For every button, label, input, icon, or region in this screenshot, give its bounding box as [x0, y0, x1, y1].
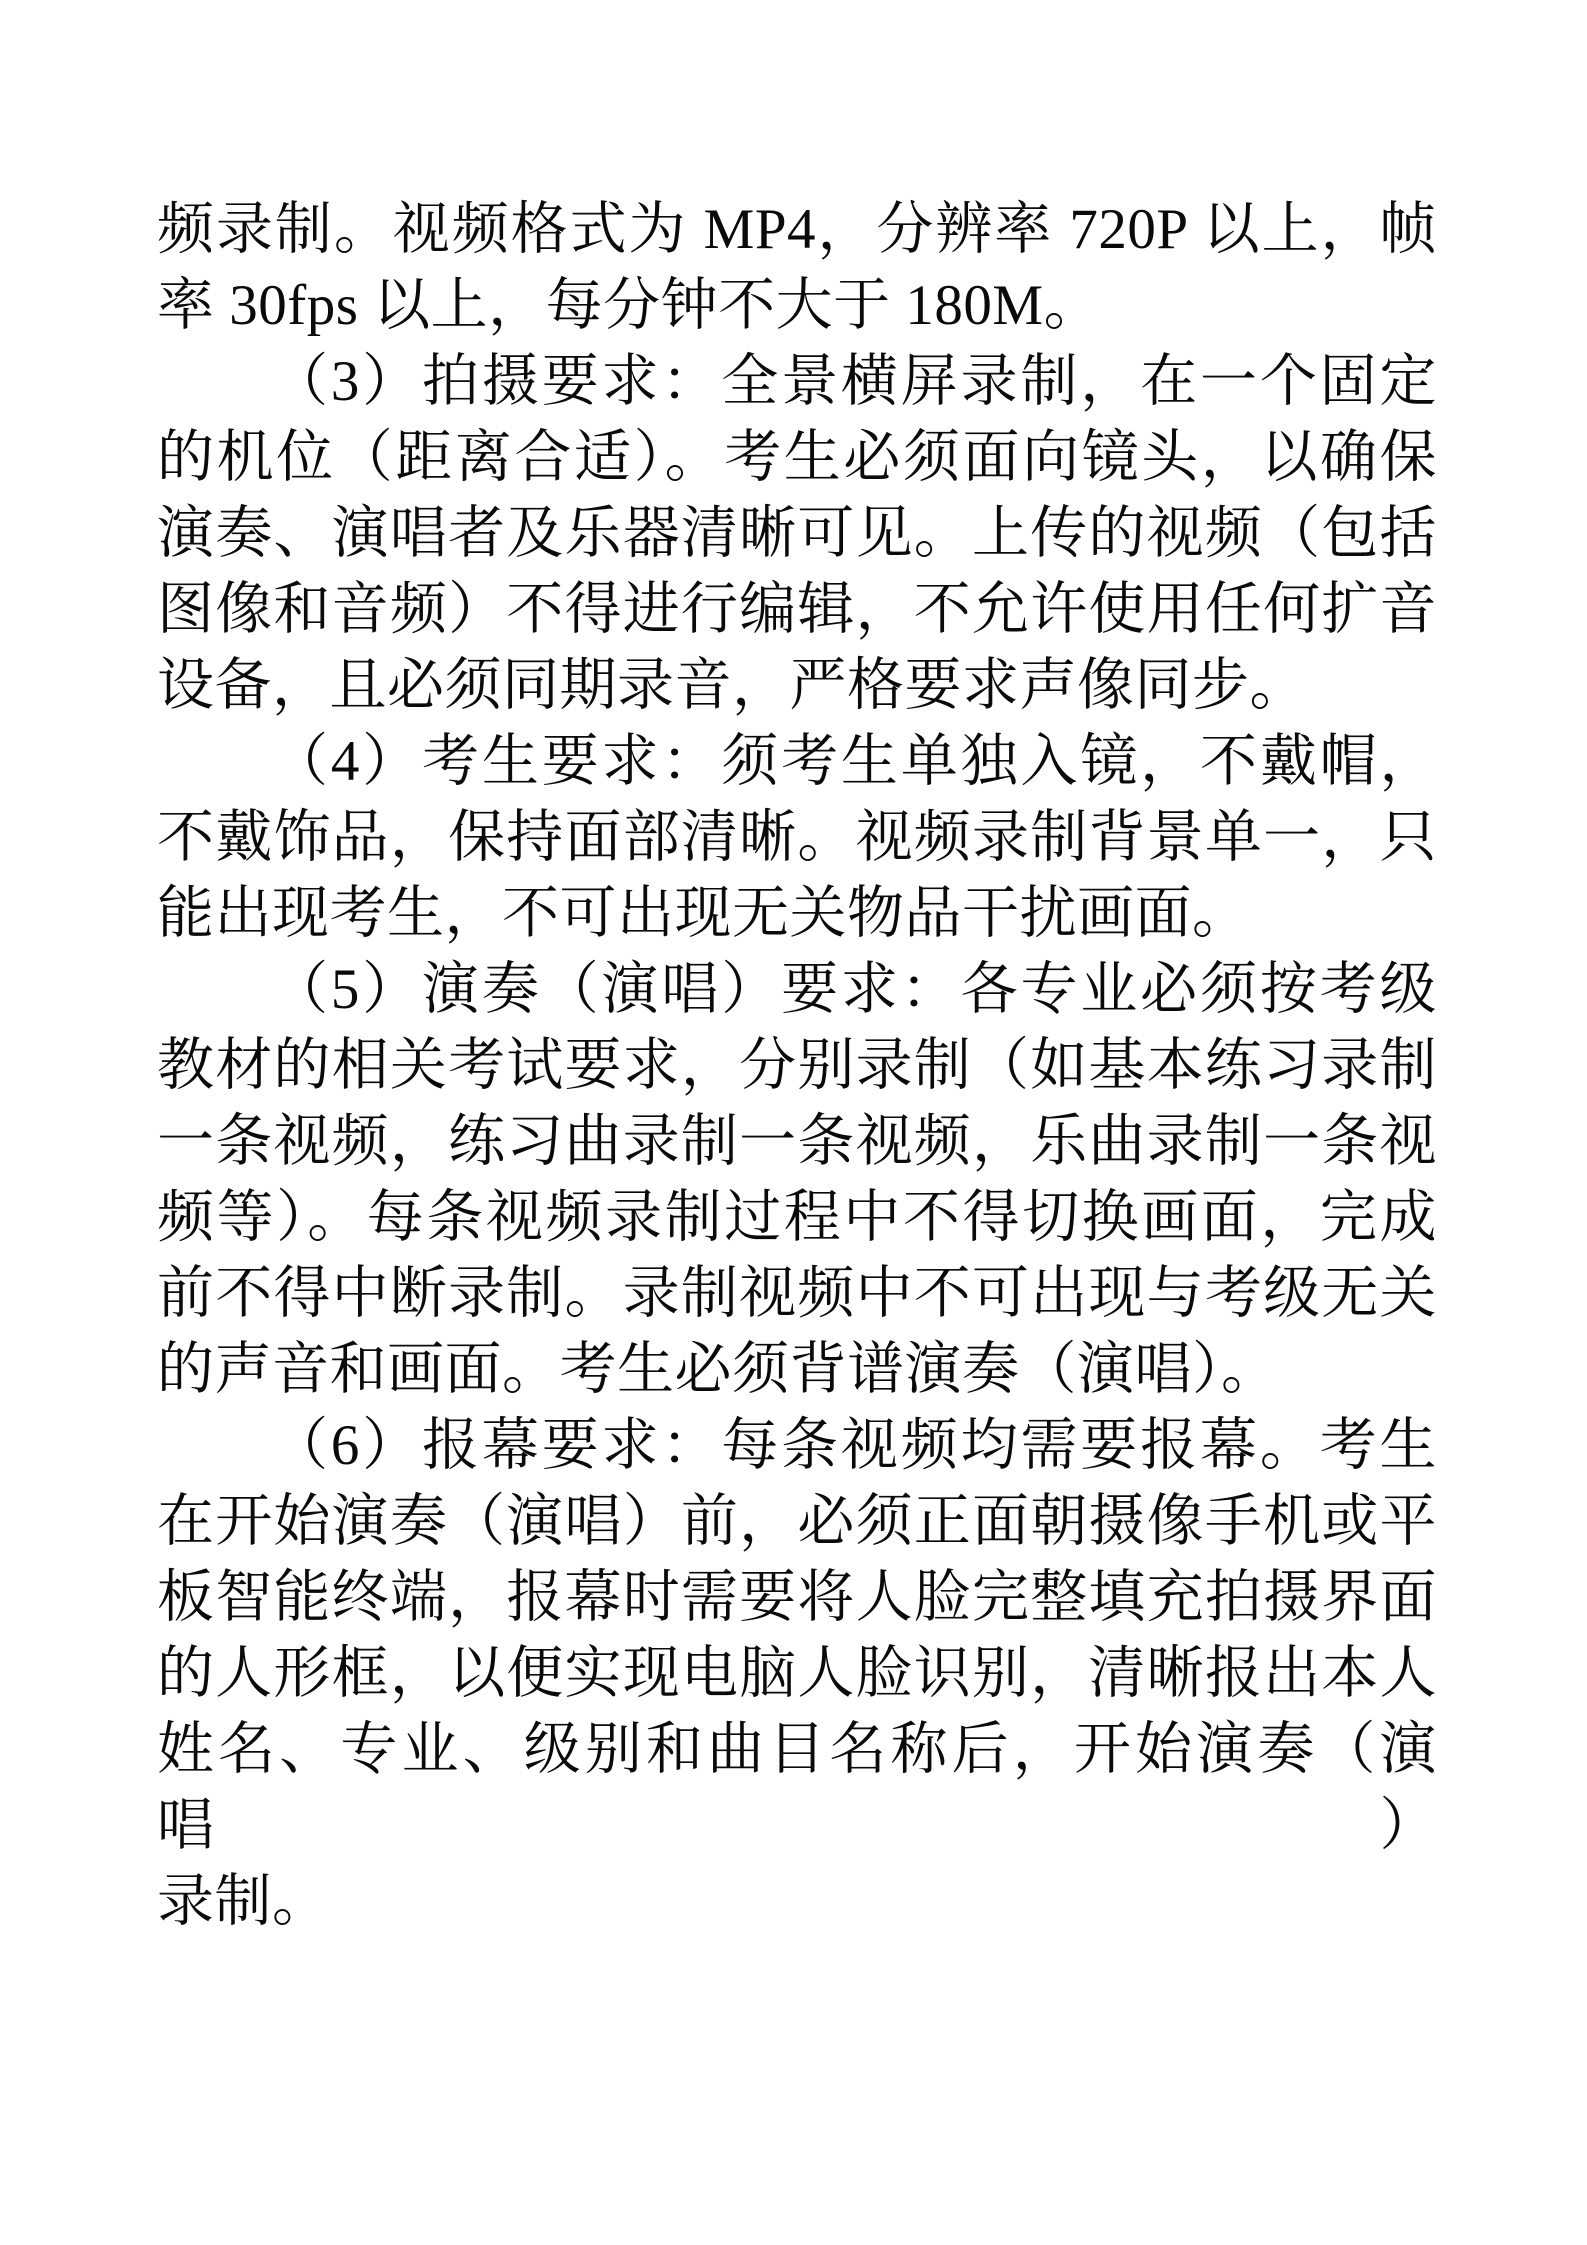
text-line: 在开始演奏（演唱）前，必须正面朝摄像手机或平: [157, 1484, 1437, 1560]
document-text-block: 频录制。视频格式为 MP4，分辨率 720P 以上，帧 率 30fps 以上，每…: [157, 192, 1437, 1940]
text-line: 录制。: [157, 1864, 1437, 1940]
document-page: 频录制。视频格式为 MP4，分辨率 720P 以上，帧 率 30fps 以上，每…: [0, 0, 1587, 2245]
text-line: 的机位（距离合适）。考生必须面向镜头，以确保: [157, 420, 1437, 496]
text-line: （5）演奏（演唱）要求：各专业必须按考级: [157, 952, 1437, 1028]
text-line: 设备，且必须同期录音，严格要求声像同步。: [157, 648, 1437, 724]
text-line: 频录制。视频格式为 MP4，分辨率 720P 以上，帧: [157, 192, 1437, 268]
text-line: 教材的相关考试要求，分别录制（如基本练习录制: [157, 1028, 1437, 1104]
text-line: （6）报幕要求：每条视频均需要报幕。考生: [157, 1408, 1437, 1484]
text-line: 前不得中断录制。录制视频中不可出现与考级无关: [157, 1256, 1437, 1332]
text-line: 不戴饰品，保持面部清晰。视频录制背景单一，只: [157, 800, 1437, 876]
text-line: 率 30fps 以上，每分钟不大于 180M。: [157, 268, 1437, 344]
text-line: （4）考生要求：须考生单独入镜，不戴帽，: [157, 724, 1437, 800]
text-line: 一条视频，练习曲录制一条视频，乐曲录制一条视: [157, 1104, 1437, 1180]
text-line: （3）拍摄要求：全景横屏录制，在一个固定: [157, 344, 1437, 420]
text-line: 板智能终端，报幕时需要将人脸完整填充拍摄界面: [157, 1560, 1437, 1636]
text-line: 演奏、演唱者及乐器清晰可见。上传的视频（包括: [157, 496, 1437, 572]
text-line: 频等）。每条视频录制过程中不得切换画面，完成: [157, 1180, 1437, 1256]
text-line: 能出现考生，不可出现无关物品干扰画面。: [157, 876, 1437, 952]
text-line: 姓名、专业、级别和曲目名称后，开始演奏（演唱）: [157, 1712, 1437, 1864]
text-line: 的人形框，以便实现电脑人脸识别，清晰报出本人: [157, 1636, 1437, 1712]
text-line: 图像和音频）不得进行编辑，不允许使用任何扩音: [157, 572, 1437, 648]
text-line: 的声音和画面。考生必须背谱演奏（演唱）。: [157, 1332, 1437, 1408]
